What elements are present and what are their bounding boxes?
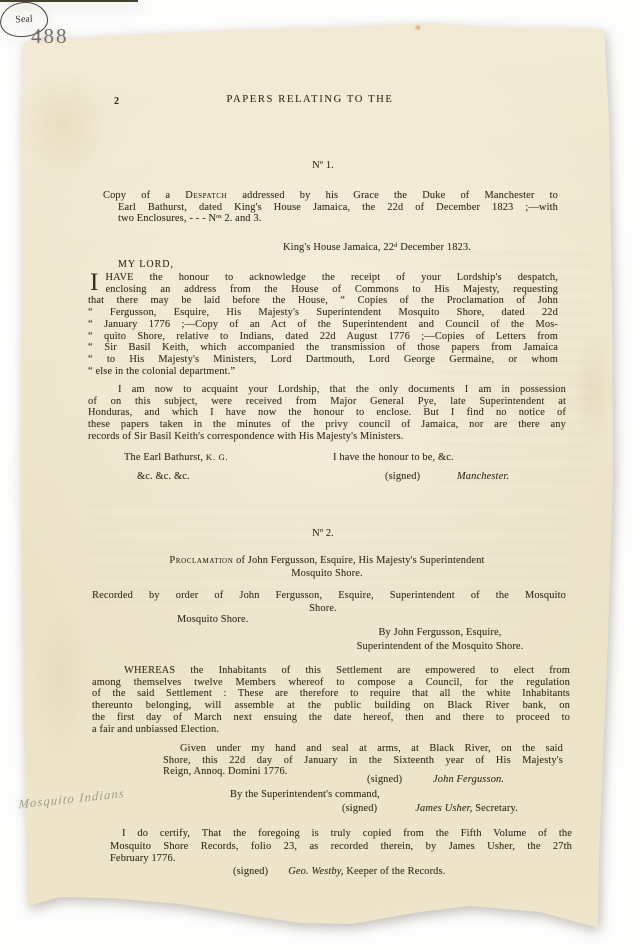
text-line: “ Sir Basil Keith, which accompanied the… bbox=[88, 342, 558, 354]
paragraph-lines: HAVE the honour to acknowledge the recei… bbox=[88, 272, 558, 295]
text-line: Earl Bathurst, dated King's House Jamaic… bbox=[103, 202, 558, 214]
valediction: I have the honour to be, &c. bbox=[333, 452, 454, 464]
text-line: that there may be laid before the House,… bbox=[88, 295, 558, 307]
scanned-document-page: 488 2 PAPERS RELATING TO THE Nº 1. Copy … bbox=[0, 0, 640, 950]
signed-row-usher: (signed)James Usher, Secretary. bbox=[342, 803, 518, 815]
text-line: “ else in the colonial department.” bbox=[88, 366, 558, 378]
paragraph-lines: that there may be laid before the House,… bbox=[88, 295, 558, 377]
paper-sheet: 488 2 PAPERS RELATING TO THE Nº 1. Copy … bbox=[0, 0, 640, 950]
signed-label: (signed) bbox=[342, 803, 377, 814]
signed-row-westby: (signed)Geo. Westby, Keeper of the Recor… bbox=[233, 866, 445, 878]
text-line: Shore, this 22d day of January in the Si… bbox=[163, 755, 563, 767]
text-line: “ January 1776 ;—Copy of an Act of the S… bbox=[88, 319, 558, 331]
text-line: Honduras, and which I have now the honou… bbox=[88, 407, 566, 419]
text-line: “ to His Majesty's Ministers, Lord Dartm… bbox=[88, 354, 558, 366]
drop-cap: I bbox=[90, 272, 98, 294]
section-heading-no1: Nº 1. bbox=[88, 160, 558, 172]
addressee-honours: K. G. bbox=[206, 452, 228, 462]
title-smallcaps-proclamation: Proclamation bbox=[169, 555, 233, 566]
signature-title: Secretary. bbox=[472, 803, 517, 814]
etc-line: &c. &c. &c. bbox=[137, 471, 190, 483]
addressee-line: The Earl Bathurst, K. G. bbox=[124, 452, 228, 464]
running-header: PAPERS RELATING TO THE bbox=[70, 94, 550, 106]
signed-label: (signed) bbox=[385, 471, 420, 483]
text-line: Mosquito Shore Records, folio 23, as rec… bbox=[110, 841, 572, 854]
text-line: February 1776. bbox=[110, 853, 572, 866]
superintendent-command-line: By the Superintendent's command, bbox=[230, 789, 380, 801]
text-line: among themselves twelve Members whereof … bbox=[92, 677, 570, 689]
text-line: the first day of March next ensuing the … bbox=[92, 712, 570, 724]
whereas-paragraph: WHEREAS the Inhabitants of this Settleme… bbox=[92, 665, 570, 735]
text-line: By John Fergusson, Esquire, bbox=[320, 626, 560, 640]
section-heading-no2: Nº 2. bbox=[88, 528, 558, 540]
signed-label: (signed) bbox=[367, 774, 402, 786]
addressee-text: The Earl Bathurst, bbox=[124, 452, 206, 463]
text-line: enclosing an address from the House of C… bbox=[88, 284, 558, 296]
text-line: I do certify, That the foregoing is trul… bbox=[110, 828, 572, 841]
text-line: a fair and unbiassed Election. bbox=[92, 724, 570, 736]
text-line: of on this subject, were received from M… bbox=[88, 396, 566, 408]
text-line: these papers taken in the minutes of the… bbox=[88, 419, 566, 431]
salutation: MY LORD, bbox=[118, 259, 174, 271]
despatch-abstract: Copy of a Despatch addressed by his Grac… bbox=[103, 190, 558, 225]
abstract-text: Copy of a bbox=[103, 190, 185, 201]
recorded-line-2: Shore. bbox=[88, 603, 558, 615]
text-line: Proclamation of John Fergusson, Esquire,… bbox=[88, 554, 566, 567]
signed-label: (signed) bbox=[233, 866, 268, 877]
text-line: Given under my hand and seal at arms, at… bbox=[163, 743, 563, 755]
text-line: Copy of a Despatch addressed by his Grac… bbox=[103, 190, 558, 202]
signature-geo-westby: Geo. Westby, bbox=[288, 866, 343, 877]
abstract-text: addressed by his Grace the Duke of Manch… bbox=[227, 190, 558, 201]
text-line: “ Fergusson, Esquire, His Majesty's Supe… bbox=[88, 307, 558, 319]
text-line: Mosquito Shore. bbox=[88, 567, 566, 580]
certification-paragraph: I do certify, That the foregoing is trul… bbox=[110, 828, 572, 866]
signature-james-usher: James Usher, bbox=[415, 803, 472, 814]
text-line: thereunto belonging, will assemble at th… bbox=[92, 700, 570, 712]
signature-manchester: Manchester. bbox=[457, 471, 509, 483]
place-line: Mosquito Shore. bbox=[177, 614, 249, 626]
text-line: HAVE the honour to acknowledge the recei… bbox=[88, 272, 558, 284]
proclamation-title: Proclamation of John Fergusson, Esquire,… bbox=[88, 554, 566, 580]
paper-background bbox=[0, 0, 640, 950]
text-line: of the said Settlement : These are there… bbox=[92, 688, 570, 700]
despatch-dateline: King's House Jamaica, 22ᵈ December 1823. bbox=[283, 242, 471, 254]
text-line: records of Sir Basil Keith's corresponde… bbox=[88, 431, 566, 443]
text-line: Superintendent of the Mosquito Shore. bbox=[320, 640, 560, 654]
text-line: “ quito Shore, relative to Indians, date… bbox=[88, 331, 558, 343]
despatch-paragraph-1: I HAVE the honour to acknowledge the rec… bbox=[88, 272, 558, 377]
title-text: of John Fergusson, Esquire, His Majesty'… bbox=[233, 555, 484, 566]
recorded-line: Recorded by order of John Fergusson, Esq… bbox=[92, 590, 566, 602]
by-authority-block: By John Fergusson, Esquire, Superintende… bbox=[320, 626, 560, 653]
text-line: I am now to acquaint your Lordship, that… bbox=[88, 384, 566, 396]
text-line: two Enclosures, - - - Nᵒˢ 2. and 3. bbox=[103, 213, 558, 225]
abstract-smallcaps-despatch: Despatch bbox=[185, 190, 227, 201]
given-under-hand-paragraph: Given under my hand and seal at arms, at… bbox=[163, 743, 563, 778]
signature-john-fergusson: John Fergusson. bbox=[433, 774, 504, 786]
signature-title: Keeper of the Records. bbox=[344, 866, 446, 877]
text-line: WHEREAS the Inhabitants of this Settleme… bbox=[92, 665, 570, 677]
seal-label: Seal bbox=[15, 14, 33, 26]
despatch-paragraph-2: I am now to acquaint your Lordship, that… bbox=[88, 384, 566, 443]
